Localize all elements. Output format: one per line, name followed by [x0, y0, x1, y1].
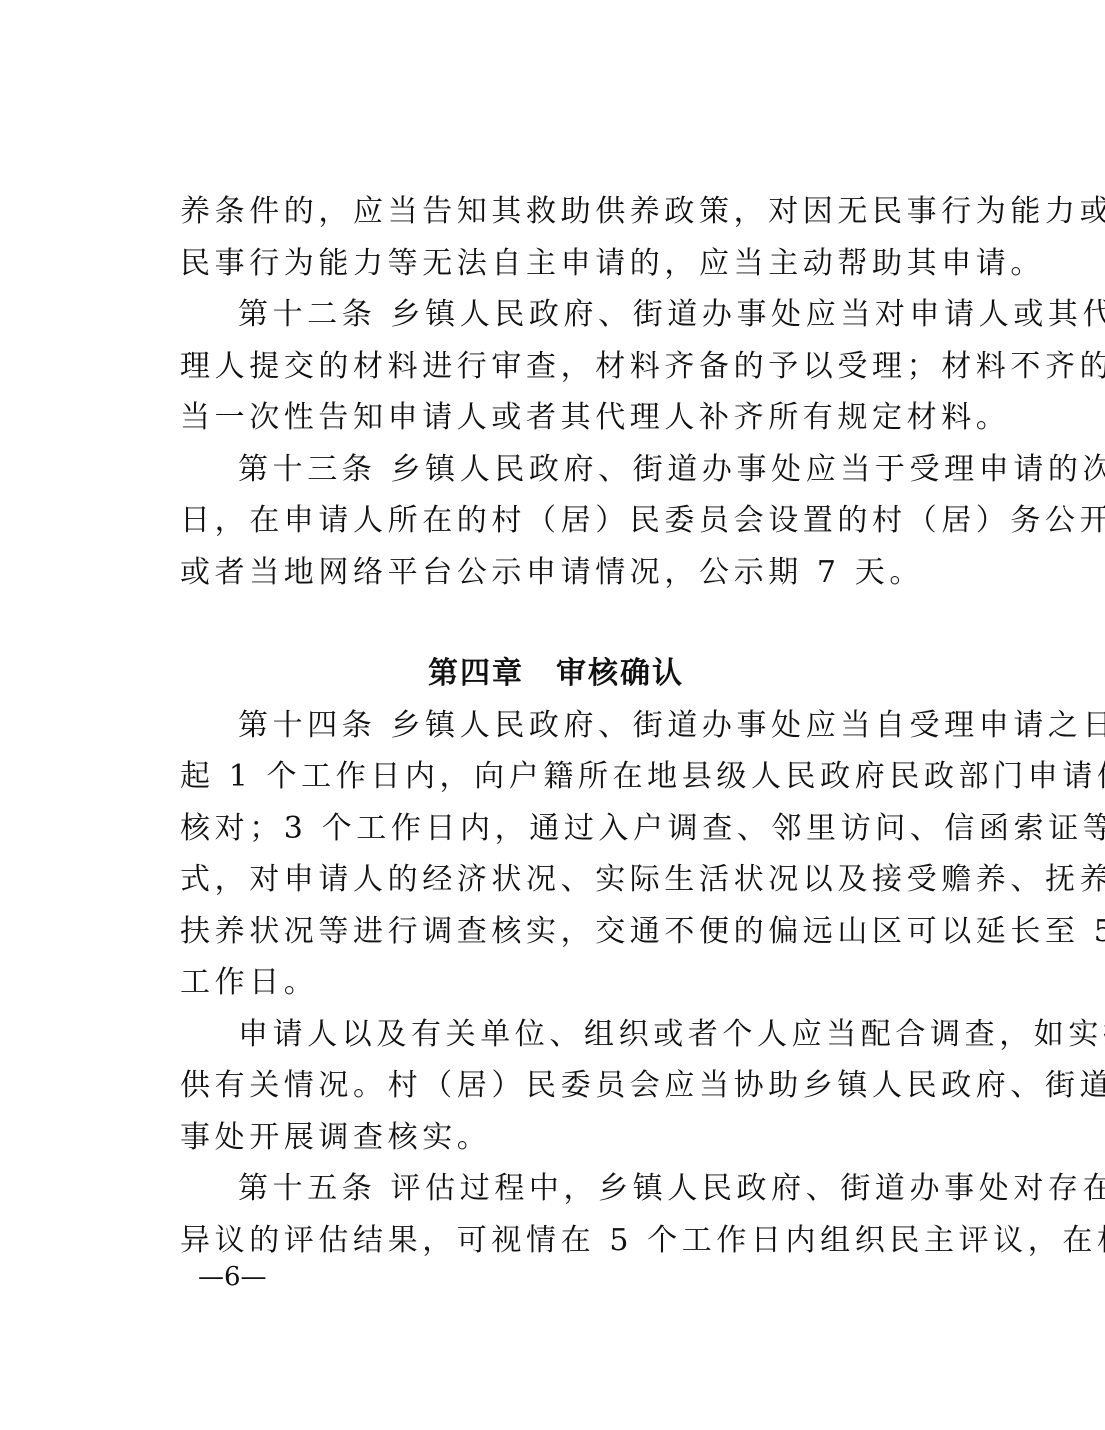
- text-line: 理人提交的材料进行审查，材料齐备的予以受理；材料不齐的应: [180, 341, 932, 393]
- text-line: 供有关情况。村（居）民委员会应当协助乡镇人民政府、街道办: [180, 1060, 932, 1112]
- text-line: 第十三条 乡镇人民政府、街道办事处应当于受理申请的次: [180, 444, 932, 496]
- paragraph-article-12: 第十二条 乡镇人民政府、街道办事处应当对申请人或其代理人提交的材料进行审查，材料…: [180, 289, 932, 444]
- text-line: 第十五条 评估过程中，乡镇人民政府、街道办事处对存在: [180, 1163, 932, 1215]
- text-line: 扶养状况等进行调查核实，交通不便的偏远山区可以延长至 5 个: [180, 906, 932, 958]
- text-line: 日，在申请人所在的村（居）民委员会设置的村（居）务公开栏: [180, 495, 932, 547]
- text-line: 式，对申请人的经济状况、实际生活状况以及接受赡养、抚养、: [180, 854, 932, 906]
- text-line: 养条件的，应当告知其救助供养政策，对因无民事行为能力或限制: [180, 186, 932, 238]
- document-page: 养条件的，应当告知其救助供养政策，对因无民事行为能力或限制民事行为能力等无法自主…: [180, 186, 932, 1266]
- text-line: 第十二条 乡镇人民政府、街道办事处应当对申请人或其代: [180, 289, 932, 341]
- paragraph-article-13: 第十三条 乡镇人民政府、街道办事处应当于受理申请的次日，在申请人所在的村（居）民…: [180, 444, 932, 599]
- text-line: 申请人以及有关单位、组织或者个人应当配合调查，如实提: [180, 1009, 932, 1061]
- text-line: 当一次性告知申请人或者其代理人补齐所有规定材料。: [180, 392, 932, 444]
- paragraph-article-14: 第十四条 乡镇人民政府、街道办事处应当自受理申请之日起 1 个工作日内，向户籍所…: [180, 700, 932, 1009]
- text-line: 民事行为能力等无法自主申请的，应当主动帮助其申请。: [180, 238, 932, 290]
- text-line: 核对；3 个工作日内，通过入户调查、邻里访问、信函索证等方: [180, 803, 932, 855]
- text-line: 或者当地网络平台公示申请情况，公示期 7 天。: [180, 547, 932, 599]
- text-line: 起 1 个工作日内，向户籍所在地县级人民政府民政部门申请信息: [180, 751, 932, 803]
- paragraph-p-continued: 养条件的，应当告知其救助供养政策，对因无民事行为能力或限制民事行为能力等无法自主…: [180, 186, 932, 289]
- section-gap: [180, 598, 932, 648]
- chapter-heading: 第四章 审核确认: [180, 648, 932, 700]
- text-line: 事处开展调查核实。: [180, 1112, 932, 1164]
- paragraph-article-14-p2: 申请人以及有关单位、组织或者个人应当配合调查，如实提供有关情况。村（居）民委员会…: [180, 1009, 932, 1164]
- body-text-after-heading: 第十四条 乡镇人民政府、街道办事处应当自受理申请之日起 1 个工作日内，向户籍所…: [180, 700, 932, 1267]
- text-line: 异议的评估结果，可视情在 5 个工作日内组织民主评议，在村: [180, 1215, 932, 1267]
- text-line: 第十四条 乡镇人民政府、街道办事处应当自受理申请之日: [180, 700, 932, 752]
- paragraph-article-15: 第十五条 评估过程中，乡镇人民政府、街道办事处对存在异议的评估结果，可视情在 5…: [180, 1163, 932, 1266]
- body-text-before-heading: 养条件的，应当告知其救助供养政策，对因无民事行为能力或限制民事行为能力等无法自主…: [180, 186, 932, 598]
- page-number: —6—: [198, 1262, 267, 1292]
- text-line: 工作日。: [180, 957, 932, 1009]
